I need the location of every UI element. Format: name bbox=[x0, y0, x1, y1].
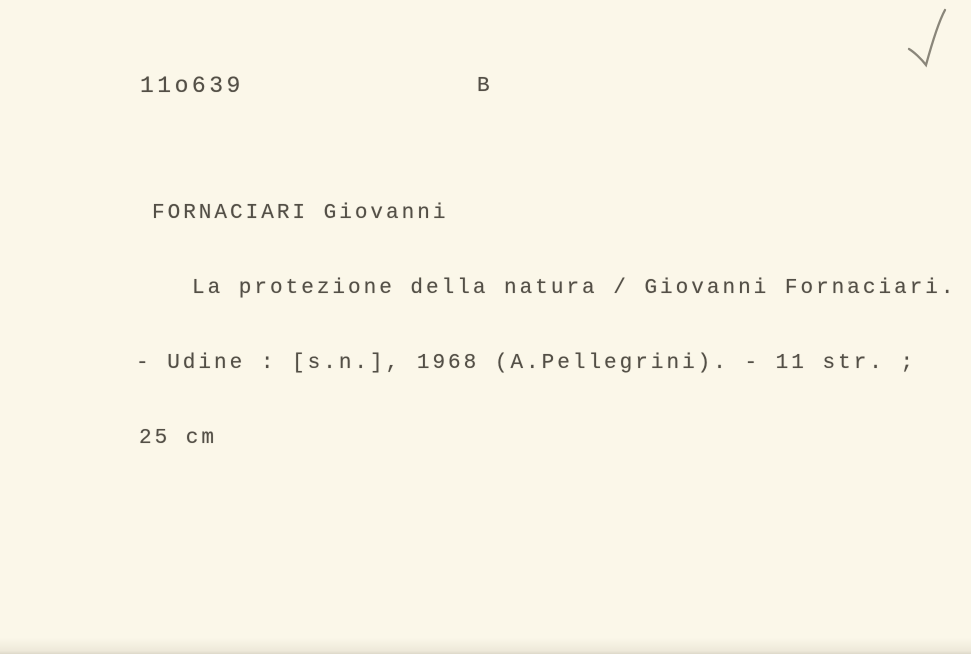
author-heading: FORNACIARI Giovanni bbox=[0, 201, 957, 226]
extent-line: 25 cm bbox=[0, 426, 957, 451]
imprint-line: - Udine : [s.n.], 1968 (A.Pellegrini). -… bbox=[0, 351, 957, 376]
ink-speck bbox=[848, 281, 851, 284]
catalog-entry: FORNACIARI Giovanni La protezione della … bbox=[0, 151, 957, 501]
title-statement-line: La protezione della natura / Giovanni Fo… bbox=[0, 276, 957, 301]
call-number: 11o639 bbox=[140, 73, 244, 99]
checkmark-icon bbox=[895, 3, 957, 69]
section-letter: B bbox=[477, 75, 492, 98]
catalog-card: 11o639 B FORNACIARI Giovanni La protezio… bbox=[0, 0, 971, 654]
